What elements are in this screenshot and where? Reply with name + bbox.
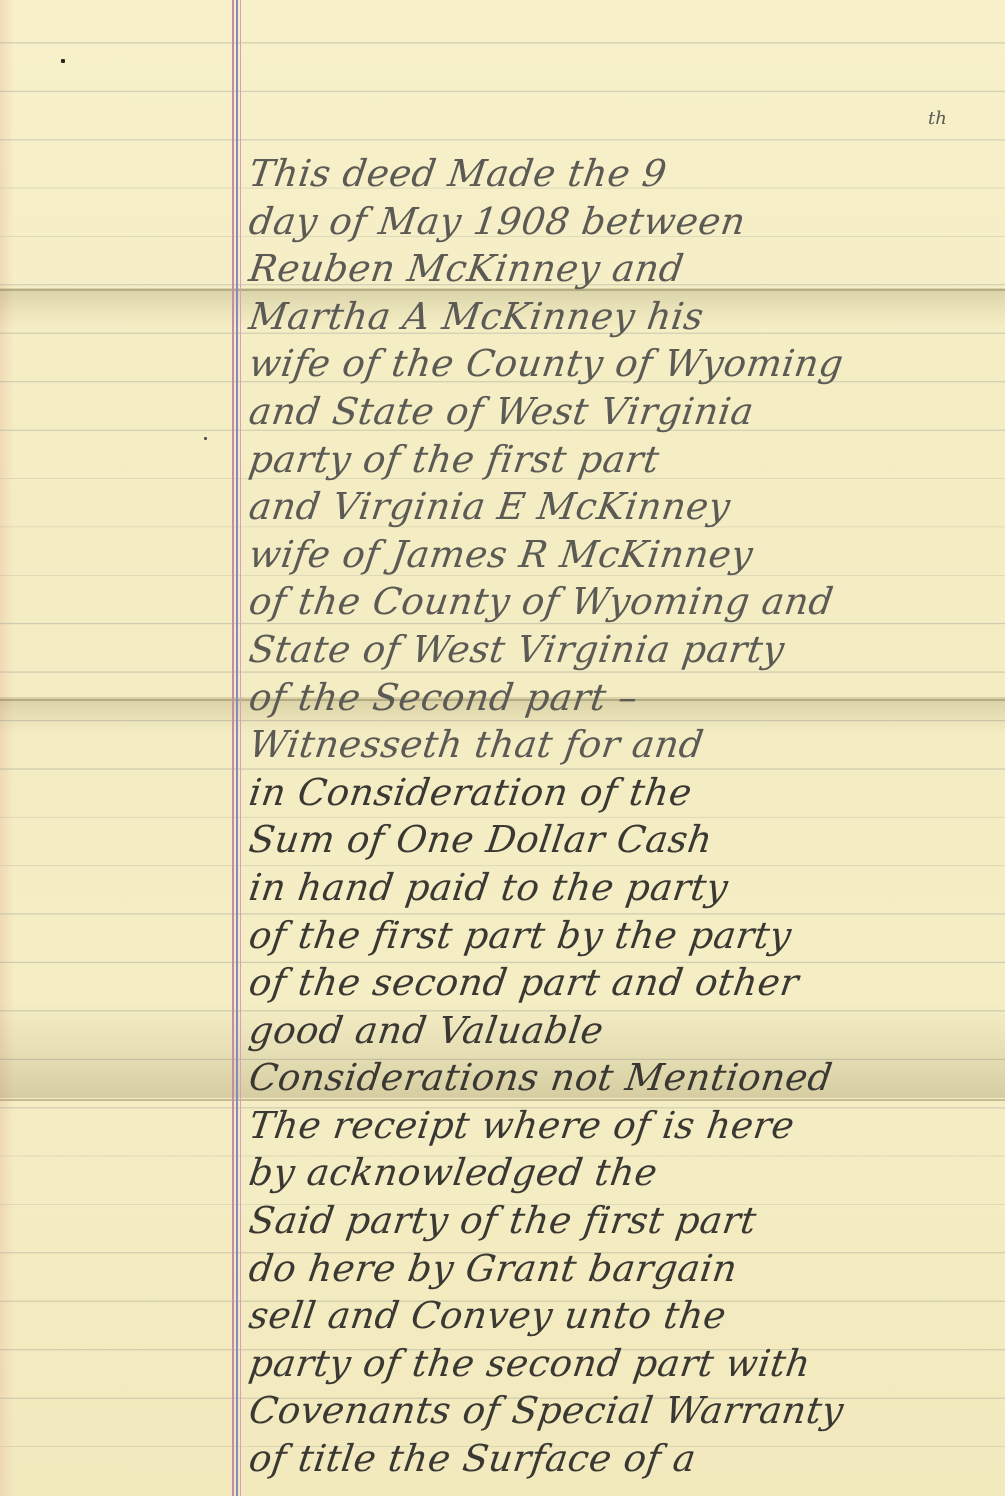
deed-line: and Virginia E McKinney [246, 483, 1005, 531]
deed-line: party of the first part [246, 436, 1005, 484]
margin-line-blue [236, 0, 238, 1496]
ink-speck [204, 437, 207, 440]
deed-line: Said party of the first part [246, 1197, 1005, 1245]
deed-line: by acknowledged the [246, 1149, 1005, 1197]
deed-line: of title the Surface of a [246, 1435, 1005, 1483]
deed-line: sell and Convey unto the [246, 1292, 1005, 1340]
deed-line: Reuben McKinney and [246, 245, 1005, 293]
handwritten-deed-text: This deed Made the 9 day of May 1908 bet… [246, 150, 1001, 1483]
ink-speck [61, 59, 65, 63]
deed-line: The receipt where of is here [246, 1102, 1005, 1150]
deed-line: of the Second part – [246, 674, 1005, 722]
deed-line: good and Valuable [246, 1007, 1005, 1055]
deed-line: party of the second part with [246, 1340, 1005, 1388]
deed-line: wife of James R McKinney [246, 531, 1005, 579]
deed-line: in hand paid to the party [246, 864, 1005, 912]
deed-line: of the second part and other [246, 959, 1005, 1007]
deed-line: This deed Made the 9 [246, 150, 1005, 198]
deed-line: State of West Virginia party [246, 626, 1005, 674]
deed-line: and State of West Virginia [246, 388, 1005, 436]
deed-line: Witnesseth that for and [246, 721, 1005, 769]
deed-line: in Consideration of the [246, 769, 1005, 817]
deed-line: Martha A McKinney his [246, 293, 1005, 341]
deed-line: day of May 1908 between [246, 198, 1005, 246]
superscript-th: th [928, 108, 947, 129]
deed-line: of the County of Wyoming and [246, 578, 1005, 626]
margin-line-pink [240, 0, 241, 1496]
deed-line: of the first part by the party [246, 912, 1005, 960]
deed-line: do here by Grant bargain [246, 1245, 1005, 1293]
deed-line: wife of the County of Wyoming [246, 340, 1005, 388]
deed-line: Considerations not Mentioned [246, 1054, 1005, 1102]
margin-line-red [232, 0, 234, 1496]
deed-line: Sum of One Dollar Cash [246, 816, 1005, 864]
deed-line: Covenants of Special Warranty [246, 1387, 1005, 1435]
